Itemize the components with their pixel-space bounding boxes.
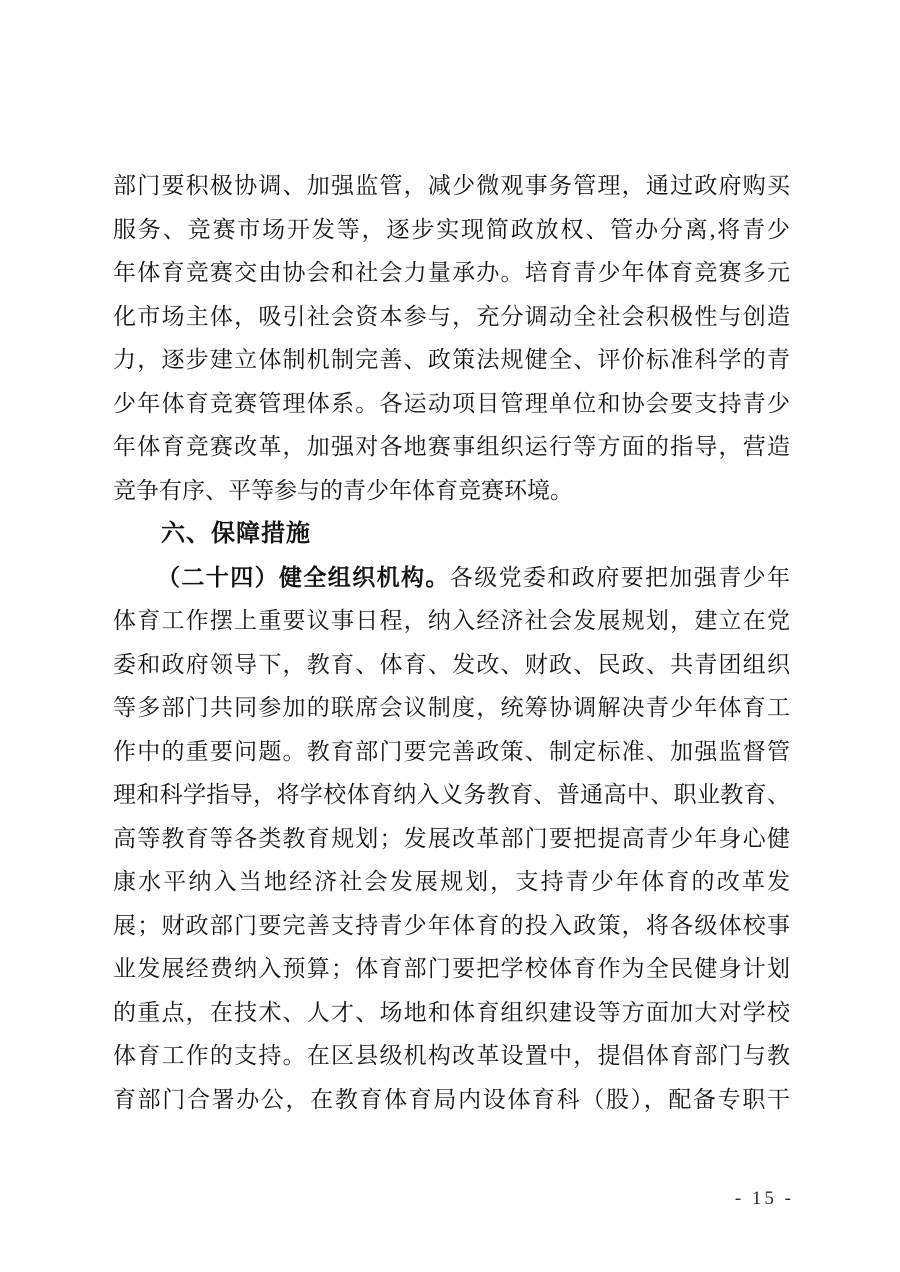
body-line: 康水平纳入当地经济社会发展规划，支持青少年体育的改革发	[113, 860, 790, 904]
body-line: 服务、竞赛市场开发等，逐步实现简政放权、管办分离,将青少	[113, 208, 790, 252]
page-number: - 15 -	[735, 1188, 794, 1210]
clause-lead: （二十四）健全组织机构。	[157, 565, 450, 590]
body-line: 少年体育竞赛管理体系。各运动项目管理单位和协会要支持青少	[113, 382, 790, 426]
document-page: 部门要积极协调、加强监管，减少微观事务管理，通过政府购买 服务、竞赛市场开发等，…	[0, 0, 900, 1272]
body-line: 育部门合署办公，在教育体育局内设体育科（股），配备专职干	[113, 1078, 790, 1122]
body-line: 作中的重要问题。教育部门要完善政策、制定标准、加强监督管	[113, 730, 790, 774]
body-line: 业发展经费纳入预算；体育部门要把学校体育作为全民健身计划	[113, 947, 790, 991]
body-line: 等多部门共同参加的联席会议制度，统筹协调解决青少年体育工	[113, 686, 790, 730]
body-line: （二十四）健全组织机构。各级党委和政府要把加强青少年	[113, 556, 790, 600]
body-line: 化市场主体，吸引社会资本参与，充分调动全社会积极性与创造	[113, 295, 790, 339]
document-body: 部门要积极协调、加强监管，减少微观事务管理，通过政府购买 服务、竞赛市场开发等，…	[113, 164, 790, 1121]
body-line: 展；财政部门要完善支持青少年体育的投入政策，将各级体校事	[113, 904, 790, 948]
body-line: 年体育竞赛改革，加强对各地赛事组织运行等方面的指导，营造	[113, 425, 790, 469]
body-line: 年体育竞赛交由协会和社会力量承办。培育青少年体育竞赛多元	[113, 251, 790, 295]
body-line: 理和科学指导，将学校体育纳入义务教育、普通高中、职业教育、	[113, 773, 790, 817]
section-heading: 六、保障措施	[113, 512, 790, 556]
body-line: 委和政府领导下，教育、体育、发改、财政、民政、共青团组织	[113, 643, 790, 687]
body-line: 体育工作摆上重要议事日程，纳入经济社会发展规划，建立在党	[113, 599, 790, 643]
body-line: 力，逐步建立体制机制完善、政策法规健全、评价标准科学的青	[113, 338, 790, 382]
body-line: 竞争有序、平等参与的青少年体育竞赛环境。	[113, 469, 790, 513]
clause-lead-rest: 各级党委和政府要把加强青少年	[450, 565, 790, 590]
body-line: 的重点，在技术、人才、场地和体育组织建设等方面加大对学校	[113, 991, 790, 1035]
body-line: 高等教育等各类教育规划；发展改革部门要把提高青少年身心健	[113, 817, 790, 861]
body-line: 体育工作的支持。在区县级机构改革设置中，提倡体育部门与教	[113, 1034, 790, 1078]
body-line: 部门要积极协调、加强监管，减少微观事务管理，通过政府购买	[113, 164, 790, 208]
